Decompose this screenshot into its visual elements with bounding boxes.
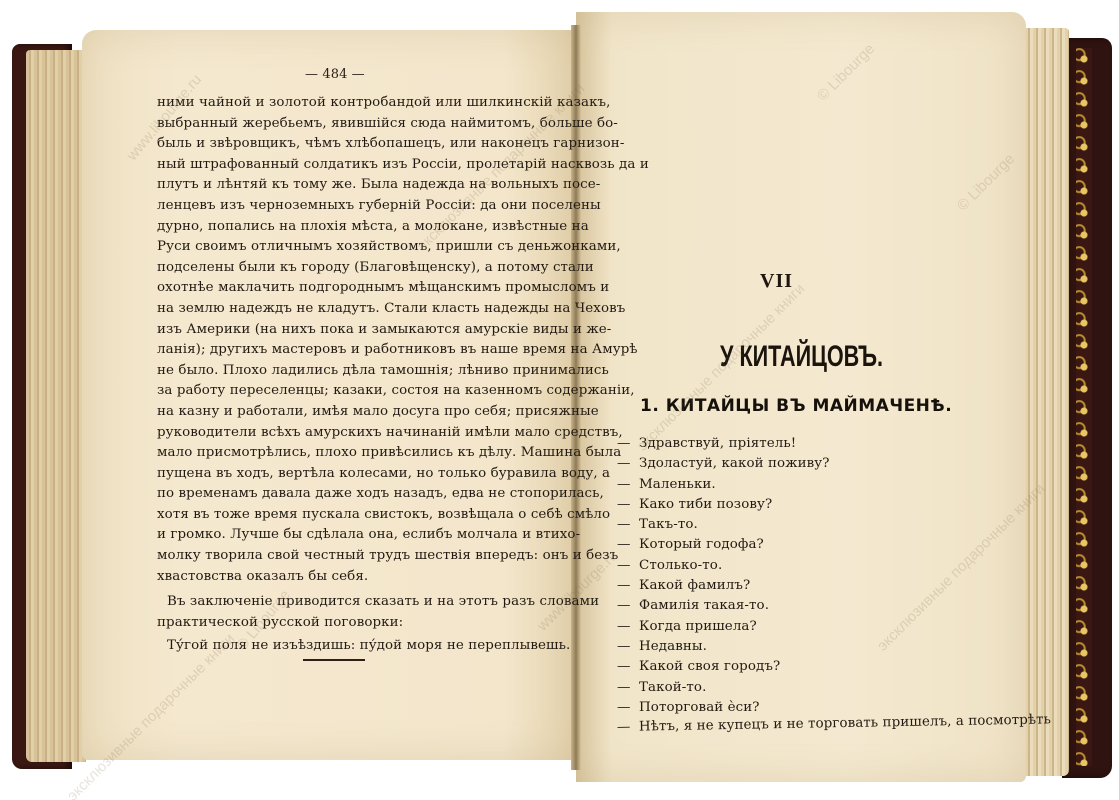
right-page-block-edge xyxy=(1025,28,1069,776)
dialogue-dash: — xyxy=(617,495,639,516)
section-end-rule xyxy=(303,659,365,661)
dialogue-dash: — xyxy=(617,698,639,719)
text-line: изъ Америки (на нихъ пока и замыкаются а… xyxy=(157,320,557,341)
text-line: дурно, попались на плохія мѣста, а молок… xyxy=(157,217,557,238)
closing-paragraph-line: практической русской поговорки: xyxy=(157,613,557,634)
dialogue-dash: — xyxy=(617,535,639,556)
right-leather-cover xyxy=(1062,38,1112,778)
text-line: не было. Плохо ладились дѣла тамошнія; л… xyxy=(157,361,557,382)
chapter-title: У КИТАЙЦОВЪ. xyxy=(720,340,883,374)
dialogue-line: —Такой-то. xyxy=(617,678,997,698)
open-book-photo: — 484 — ними чайной и золотой контробанд… xyxy=(0,0,1119,800)
text-line: ланія); другихъ мастеровъ и работниковъ … xyxy=(157,340,557,361)
dialogue-line: —Здравствуй, пріятель! xyxy=(617,434,997,454)
text-line: ный штрафованный солдатикъ изъ Россіи, п… xyxy=(157,155,557,176)
text-line: хотя въ тоже время пускала свистокъ, воз… xyxy=(157,505,557,526)
dialogue-line: —Какой фамилъ? xyxy=(617,576,997,596)
dialogue-line: —Недавны. xyxy=(617,637,997,657)
dialogue-list: —Здравствуй, пріятель! —Здоластуй, какой… xyxy=(617,434,997,738)
dialogue-line: —Такъ-то. xyxy=(617,515,997,535)
dialogue-dash: — xyxy=(617,434,639,455)
text-line: ними чайной и золотой контробандой или ш… xyxy=(157,93,557,114)
dialogue-dash: — xyxy=(617,657,639,678)
dialogue-dash: — xyxy=(617,515,639,536)
dialogue-dash: — xyxy=(617,718,639,739)
gilt-ornament-border xyxy=(1076,48,1092,766)
dialogue-line: —Маленьки. xyxy=(617,475,997,495)
dialogue-line: —Какой своя городъ? xyxy=(617,657,997,677)
text-line: ленцевъ изъ черноземныхъ губерній Россіи… xyxy=(157,196,557,217)
dialogue-line: —Здоластуй, какой поживу? xyxy=(617,454,997,474)
text-line: охотнѣе маклачить подгороднымъ мѣщанским… xyxy=(157,278,557,299)
text-line: хвастовства оказалъ бы себя. xyxy=(157,567,557,588)
text-line: и громко. Лучше бы сдѣлала она, еслибъ м… xyxy=(157,525,557,546)
text-line: по временамъ давала даже ходъ назадъ, ед… xyxy=(157,484,557,505)
dialogue-line: —Како тиби позову? xyxy=(617,495,997,515)
dialogue-dash: — xyxy=(617,454,639,475)
dialogue-line: —Когда пришела? xyxy=(617,617,997,637)
dialogue-line: —Фамилія такая-то. xyxy=(617,596,997,616)
dialogue-dash: — xyxy=(617,596,639,617)
dialogue-line: —Столько-то. xyxy=(617,556,997,576)
closing-paragraph-line: Въ заключеніе приводится сказать и на эт… xyxy=(157,592,557,613)
text-line: на казну и работали, имѣя мало досуга пр… xyxy=(157,402,557,423)
text-line: на землю надеждъ не кладутъ. Стали класт… xyxy=(157,299,557,320)
dialogue-dash: — xyxy=(617,576,639,597)
text-line: пущена въ ходъ, вертѣла колесами, но тол… xyxy=(157,464,557,485)
text-line: руководители всѣхъ амурскихъ начинаній и… xyxy=(157,423,557,444)
proverb: Ту́гой поля не изъѣздишь: пу́дой моря не… xyxy=(157,636,557,657)
dialogue-dash: — xyxy=(617,556,639,577)
text-line: выбранный жеребьемъ, явившійся сюда найм… xyxy=(157,114,557,135)
text-line: плутъ и лѣнтяй къ тому же. Была надежда … xyxy=(157,175,557,196)
text-line: молку творила свой честный трудъ шествія… xyxy=(157,546,557,567)
dialogue-dash: — xyxy=(617,678,639,699)
dialogue-dash: — xyxy=(617,475,639,496)
text-line: Руси своимъ отличнымъ хозяйствомъ, пришл… xyxy=(157,237,557,258)
text-line: быль и звѣровщикъ, чѣмъ хлѣбопашецъ, или… xyxy=(157,134,557,155)
dialogue-dash: — xyxy=(617,617,639,638)
text-line: мало присмотрѣлись, плохо привѣсились къ… xyxy=(157,443,557,464)
dialogue-line: —Который годофа? xyxy=(617,535,997,555)
text-line: подселены были къ городу (Благовѣщенску)… xyxy=(157,258,557,279)
page-number: — 484 — xyxy=(305,65,365,86)
text-line: за работу переселенцы; казаки, состоя на… xyxy=(157,381,557,402)
chapter-number: VII xyxy=(760,270,793,293)
left-page-block-edge xyxy=(26,50,86,762)
dialogue-dash: — xyxy=(617,637,639,658)
left-page-body: ними чайной и золотой контробандой или ш… xyxy=(157,93,557,657)
section-title: 1. КИТАЙЦЫ ВЪ МАЙМАЧЕНѢ. xyxy=(640,396,952,416)
